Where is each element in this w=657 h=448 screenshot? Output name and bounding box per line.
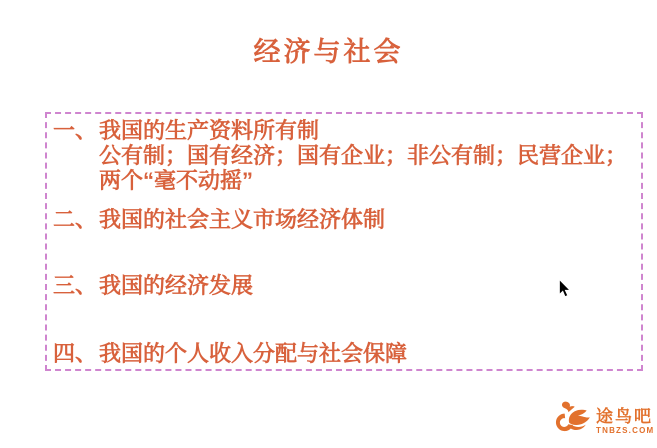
outline-item-1: 一、 我国的生产资料所有制 公有制；国有经济；国有企业；非公有制；民营企业； 两… — [53, 118, 627, 193]
outline-item-4: 四、 我国的个人收入分配与社会保障 — [53, 341, 407, 366]
slide-title: 经济与社会 — [0, 30, 657, 69]
item-text: 我国的生产资料所有制 公有制；国有经济；国有企业；非公有制；民营企业； 两个“毫… — [99, 118, 627, 193]
watermark-logo: 途鸟吧 TNBZS.COM — [550, 399, 654, 443]
item-line: 公有制；国有经济；国有企业；非公有制；民营企业； — [99, 143, 627, 168]
outline-item-2: 二、 我国的社会主义市场经济体制 — [53, 207, 385, 232]
watermark-text: 途鸟吧 TNBZS.COM — [596, 407, 654, 436]
brand-site: TNBZS.COM — [596, 426, 654, 436]
item-number: 二、 — [53, 207, 99, 232]
item-text: 我国的社会主义市场经济体制 — [99, 207, 385, 232]
item-number: 一、 — [53, 118, 99, 143]
item-number: 四、 — [53, 341, 99, 366]
slide: 经济与社会 一、 我国的生产资料所有制 公有制；国有经济；国有企业；非公有制；民… — [0, 0, 657, 448]
item-text: 我国的个人收入分配与社会保障 — [99, 341, 407, 366]
bird-logo-icon — [550, 399, 594, 443]
item-line: 我国的生产资料所有制 — [99, 118, 627, 143]
outline-box: 一、 我国的生产资料所有制 公有制；国有经济；国有企业；非公有制；民营企业； 两… — [45, 112, 643, 371]
outline-item-3: 三、 我国的经济发展 — [53, 273, 253, 298]
item-line: 两个“毫不动摇” — [99, 168, 627, 193]
item-number: 三、 — [53, 273, 99, 298]
brand-name: 途鸟吧 — [596, 407, 654, 426]
item-text: 我国的经济发展 — [99, 273, 253, 298]
